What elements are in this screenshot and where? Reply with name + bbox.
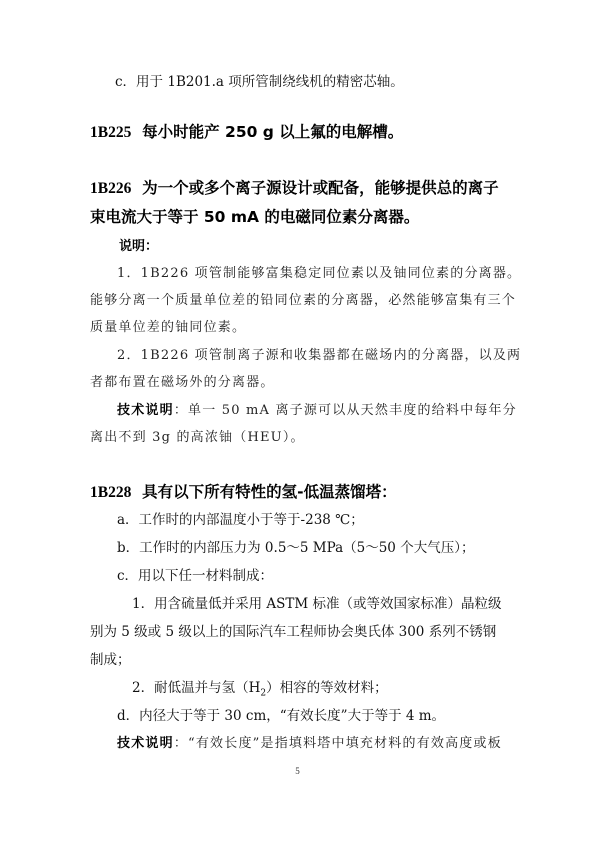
list-item-c1-line3: 制成； [90,651,131,669]
section-heading-1B225: 1B225 每小时能产 250 g 以上氟的电解槽。 [90,121,403,144]
list-item-c2-text: 2．耐低温并与氢（H [132,680,260,696]
section-code: 1B225 [90,124,131,141]
tech-note-1B228-line1: 技术说明：“有效长度”是指填料塔中填充材料的有效高度或板 [117,735,502,753]
list-item-c2-text-post: ）相容的等效材料； [266,680,388,696]
note-1-line1: 1．1B226 项管制能够富集稳定同位素以及铀同位素的分离器。 [117,265,521,283]
note-label: 说明： [119,238,158,256]
section-title-line1: 为一个或多个离子源设计或配备，能够提供总的离子 [142,179,499,197]
note-2-line2: 者都布置在磁场外的分离器。 [90,374,275,392]
tech-note-1B226-line1: 技术说明：单一 50 mA 离子源可以从天然丰度的给料中每年分 [117,402,517,420]
section-heading-1B228: 1B228 具有以下所有特性的氢-低温蒸馏塔： [90,481,397,504]
note-1-line2: 能够分离一个质量单位差的铅同位素的分离器，必然能够富集有三个 [90,292,516,310]
list-item-b: b．工作时的内部压力为 0.5～5 MPa（5～50 个大气压）； [117,539,474,557]
section-heading-1B226: 1B226 为一个或多个离子源设计或配备，能够提供总的离子 [90,177,499,200]
note-2-line1: 2．1B226 项管制离子源和收集器都在磁场内的分离器，以及两 [117,347,521,365]
section-title-line2: 束电流大于等于 50 mA 的电磁同位素分离器。 [90,206,419,228]
tech-note-label: 技术说明 [117,736,174,751]
section-title: 具有以下所有特性的氢-低温蒸馏塔： [142,483,396,501]
tech-note-1B226-line2: 离出不到 3g 的高浓铀（HEU）。 [90,429,305,447]
section-code: 1B228 [90,484,131,501]
section-title: 每小时能产 250 g 以上氟的电解槽。 [142,123,403,141]
tech-note-text: ：单一 50 mA 离子源可以从天然丰度的给料中每年分 [174,403,517,418]
list-item-c1-line2: 别为 5 级或 5 级以上的国际汽车工程师协会奥氏体 300 系列不锈钢 [90,623,496,641]
note-1-line3: 质量单位差的铀同位素。 [90,319,246,337]
page-number: 5 [0,766,595,776]
list-item-c-1B201: c．用于 1B201.a 项所管制绕线机的精密芯轴。 [115,73,404,91]
list-item-d: d．内径大于等于 30 cm，“有效长度”大于等于 4 m。 [117,707,445,725]
list-item-a: a．工作时的内部温度小于等于-238 ℃； [117,511,364,529]
tech-note-label: 技术说明 [117,403,174,418]
section-code: 1B226 [90,180,131,197]
list-item-c2: 2．耐低温并与氢（H2）相容的等效材料； [132,679,388,703]
tech-note-text: ：“有效长度”是指填料塔中填充材料的有效高度或板 [174,736,502,751]
list-item-c: c．用以下任一材料制成： [117,567,273,585]
list-item-c1-line1: 1．用含硫量低并采用 ASTM 标准（或等效国家标准）晶粒级 [132,595,502,613]
